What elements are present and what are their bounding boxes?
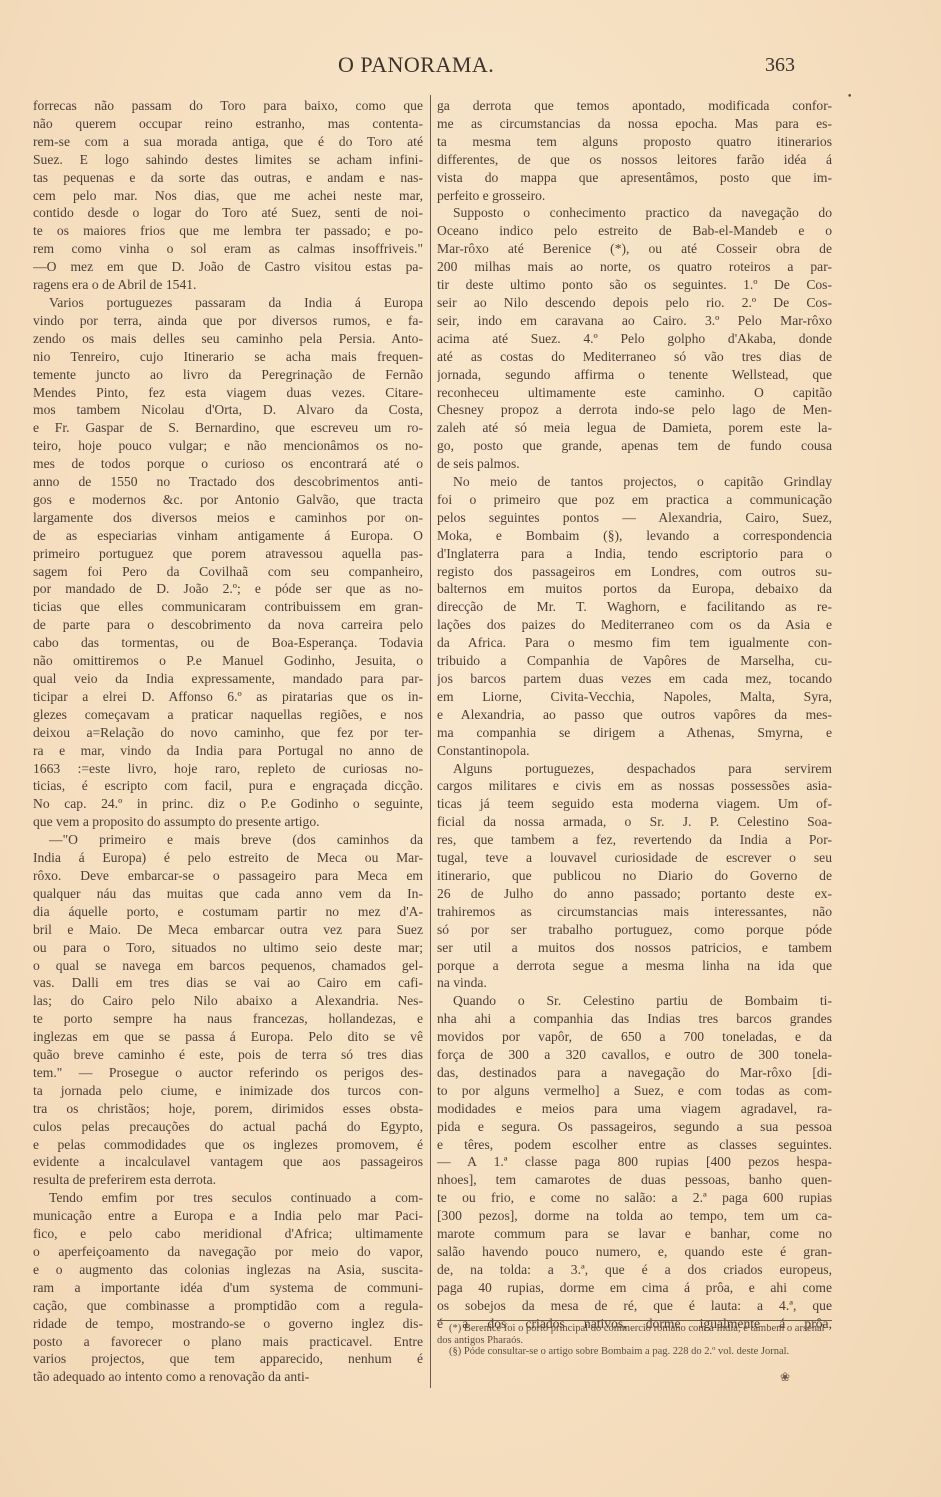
text-line: porque a derrota segue a mesma linha na … bbox=[437, 957, 832, 975]
text-line: largamente dos diversos meios e caminhos… bbox=[33, 509, 423, 527]
text-line: ragens era o de Abril de 1541. bbox=[33, 276, 423, 294]
text-line: 1663 :=este livro, hoje raro, repleto de… bbox=[33, 760, 423, 778]
text-line: te os maiores frios que me lembra ter pa… bbox=[33, 222, 423, 240]
text-line: tribuido a Companhia de Vapôres de Marse… bbox=[437, 652, 832, 670]
text-line: go, posto que grande, apenas tem de fund… bbox=[437, 437, 832, 455]
text-line: zaleh até só meia legua de Damieta, pore… bbox=[437, 419, 832, 437]
text-line: vindo por terra, ainda que por diversos … bbox=[33, 312, 423, 330]
text-line: Varios portuguezes passaram da India á E… bbox=[33, 294, 423, 312]
text-line: ticias que elles communicaram contribuis… bbox=[33, 598, 423, 616]
text-line: cem pelo mar. Nos dias, que me achei nes… bbox=[33, 187, 423, 205]
text-line: India á Europa) é pelo estreito de Meca … bbox=[33, 849, 423, 867]
text-line: o qual se navega em barcos pequenos, cha… bbox=[33, 957, 423, 975]
text-line: rem-se com a sua morada antiga, que é do… bbox=[33, 133, 423, 151]
footnote-divider bbox=[437, 1320, 832, 1321]
text-line: pelos seguintes pontos — Alexandria, Cai… bbox=[437, 509, 832, 527]
text-line: 26 de Julho do anno passado; portanto de… bbox=[437, 885, 832, 903]
text-line: culos pelas precauções do actual pachá d… bbox=[33, 1118, 423, 1136]
journal-title: O PANORAMA. bbox=[338, 52, 494, 78]
text-line: jos barcos partem duas vezes em cada mez… bbox=[437, 670, 832, 688]
text-line: Moka, e Bombaim (§), levando a correspon… bbox=[437, 527, 832, 545]
text-line: de, na tolda: a 3.ª, que é a dos criados… bbox=[437, 1261, 832, 1279]
text-line: ou para o Toro, situados no ultimo seio … bbox=[33, 939, 423, 957]
text-line: Mendes Pinto, fez esta viagem duas vezes… bbox=[33, 384, 423, 402]
text-line: não omittiremos o P.e Manuel Godinho, Je… bbox=[33, 652, 423, 670]
text-line: sagem foi Pero da Covilhaã com seu compa… bbox=[33, 563, 423, 581]
text-line: qual veio da India expressamente, mandad… bbox=[33, 670, 423, 688]
text-line: tas pequenas e da sorte das outras, e an… bbox=[33, 169, 423, 187]
text-line: nio Tenreiro, cujo Itinerario se acha ma… bbox=[33, 348, 423, 366]
text-line: os sobejos da mesa de ré, que é lauta: a… bbox=[437, 1297, 832, 1315]
text-line: [300 pezos], dorme na tolda ao tempo, te… bbox=[437, 1207, 832, 1225]
text-line: cargos militares e civis em as nossas po… bbox=[437, 777, 832, 795]
text-line: ra e mar, vindo da India para Portugal n… bbox=[33, 742, 423, 760]
text-line: lações dos paizes do Mediterraneo com os… bbox=[437, 616, 832, 634]
text-line: resulta de preferirem esta derrota. bbox=[33, 1171, 423, 1189]
text-line: evidente a incalculavel vantagem que aos… bbox=[33, 1153, 423, 1171]
text-line: — A 1.ª classe paga 800 rupias [400 pezo… bbox=[437, 1153, 832, 1171]
text-line: pida e segura. Os passageiros, segundo a… bbox=[437, 1118, 832, 1136]
text-line: não querem occupar reino estranho, mas c… bbox=[33, 115, 423, 133]
text-line: seir, indo em caravana ao Cairo. 3.º Pel… bbox=[437, 312, 832, 330]
text-line: ram a importante idéa d'um systema de co… bbox=[33, 1279, 423, 1297]
text-line: me as circumstancias da nossa epocha. Ma… bbox=[437, 115, 832, 133]
text-line: trahiremos as circumstancias mais intere… bbox=[437, 903, 832, 921]
text-line: res, que tambem a fez, revertendo da Ind… bbox=[437, 831, 832, 849]
text-line: ta mesma tem alguns proposto quatro itin… bbox=[437, 133, 832, 151]
text-line: contido desde o logar do Toro até Suez, … bbox=[33, 204, 423, 222]
text-line: perfeito e grosseiro. bbox=[437, 187, 832, 205]
footnotes: (*) Berenice foi o porto principal do co… bbox=[437, 1323, 832, 1358]
text-line: da Africa. Para o mesmo fim tem igualmen… bbox=[437, 634, 832, 652]
text-line: Supposto o conhecimento practico da nave… bbox=[437, 204, 832, 222]
text-line: seir ao Nilo descendo depois pelo rio. 2… bbox=[437, 294, 832, 312]
text-line: differentes, de que os nossos leitores f… bbox=[437, 151, 832, 169]
text-line: primeiro portuguez que porem atravessou … bbox=[33, 545, 423, 563]
text-line: Chesney propoz a derrota indo-se pelo la… bbox=[437, 401, 832, 419]
text-line: gos e modernos &c. por Antonio Galvão, q… bbox=[33, 491, 423, 509]
text-line: em Liorne, Civita-Vecchia, Napoles, Malt… bbox=[437, 688, 832, 706]
text-line: to por alguns vermelho] a Suez, e com to… bbox=[437, 1082, 832, 1100]
text-line: só por ser trabalho portuguez, como porq… bbox=[437, 921, 832, 939]
text-line: bril e Maio. De Meca embarcar outra vez … bbox=[33, 921, 423, 939]
text-line: No cap. 24.º in princ. diz o P.e Godinho… bbox=[33, 795, 423, 813]
text-line: 200 milhas mais ao norte, os quatro rote… bbox=[437, 258, 832, 276]
text-line: Alguns portuguezes, despachados para ser… bbox=[437, 760, 832, 778]
ornament-icon: ❀ bbox=[780, 1370, 790, 1384]
text-line: —"O primeiro e mais breve (dos caminhos … bbox=[33, 831, 423, 849]
text-line: tem." — Prosegue o auctor referindo os p… bbox=[33, 1064, 423, 1082]
text-line: Constantinopola. bbox=[437, 742, 832, 760]
text-line: —O mez em que D. João de Castro visitou … bbox=[33, 258, 423, 276]
text-line: zendo os mais delles seu caminho pela Pe… bbox=[33, 330, 423, 348]
text-line: ticipar a elrei D. Affonso 6.º as pirata… bbox=[33, 688, 423, 706]
text-line: ridade de tempo, mostrando-se o governo … bbox=[33, 1315, 423, 1333]
text-line: de as especiarias vinham antigamente á E… bbox=[33, 527, 423, 545]
text-line: tugal, teve a louvavel curiosidade de es… bbox=[437, 849, 832, 867]
page-header: O PANORAMA. 363 bbox=[0, 52, 941, 82]
text-line: balternos em muitos portos da Europa, de… bbox=[437, 580, 832, 598]
text-line: e o augmento das colonias inglezas na As… bbox=[33, 1261, 423, 1279]
text-line: ta jornada pelo ciume, e inimizade dos t… bbox=[33, 1082, 423, 1100]
text-line: itinerario, que publicou no Diario do Go… bbox=[437, 867, 832, 885]
page-number: 363 bbox=[765, 54, 795, 77]
text-line: quão breve caminho é este, pois de terra… bbox=[33, 1046, 423, 1064]
footnote-bombaim: (§) Póde consultar-se o artigo sobre Bom… bbox=[437, 1346, 832, 1358]
text-line: jornada, segundo affirma o tenente Wells… bbox=[437, 366, 832, 384]
text-line: rôxo. Deve embarcar-se o passageiro para… bbox=[33, 867, 423, 885]
text-line: posto a favorecer o plano mais practicav… bbox=[33, 1333, 423, 1351]
text-line: por mandado de D. João 2.º; e póde ser q… bbox=[33, 580, 423, 598]
text-line: Mar-rôxo até Berenice (*), ou até Cossei… bbox=[437, 240, 832, 258]
text-line: Tendo emfim por tres seculos continuado … bbox=[33, 1189, 423, 1207]
text-line: Suez. E logo sahindo destes limites se a… bbox=[33, 151, 423, 169]
text-line: las; do Cairo pelo Nilo abaixo a Alexand… bbox=[33, 992, 423, 1010]
text-line: foi o primeiro que poz em practica a com… bbox=[437, 491, 832, 509]
text-line: cabo das tormentas, ou de Boa-Esperança.… bbox=[33, 634, 423, 652]
text-line: Quando o Sr. Celestino partiu de Bombaim… bbox=[437, 992, 832, 1010]
column-divider bbox=[430, 95, 431, 1388]
text-line: de parte para o descobrimento da nova ca… bbox=[33, 616, 423, 634]
text-line: te ou frio, e come no salão: a 2.ª paga … bbox=[437, 1189, 832, 1207]
text-line: Oceano indico pelo estreito de Bab-el-Ma… bbox=[437, 222, 832, 240]
text-line: tir deste ultimo ponto são os seguintes.… bbox=[437, 276, 832, 294]
text-line: nhoes], tem camarotes de duas pessoas, b… bbox=[437, 1171, 832, 1189]
text-line: tão adequado ao intento como a renovação… bbox=[33, 1368, 423, 1386]
text-line: deixou a=Relação do novo caminho, que fe… bbox=[33, 724, 423, 742]
text-line: ga derrota que temos apontado, modificad… bbox=[437, 97, 832, 115]
text-line: ser util a muitos dos nossos patricios, … bbox=[437, 939, 832, 957]
text-line: inglezas em que se passa á Europa. Pelo … bbox=[33, 1028, 423, 1046]
text-line: e têres, podem escolher entre as classes… bbox=[437, 1136, 832, 1154]
text-line: te porto sempre ha naus francezas, holla… bbox=[33, 1010, 423, 1028]
text-line: modidades e meios para uma viagem agrada… bbox=[437, 1100, 832, 1118]
text-line: acima até Suez. 4.º Pelo golpho d'Akaba,… bbox=[437, 330, 832, 348]
text-line: No meio de tantos projectos, o capitão G… bbox=[437, 473, 832, 491]
text-line: cação, que combinasse a promptidão com a… bbox=[33, 1297, 423, 1315]
text-line: e Fr. Gaspar de S. Bernardino, que escre… bbox=[33, 419, 423, 437]
text-line: varios projectos, que tem apparecido, ne… bbox=[33, 1350, 423, 1368]
text-line: ticas já teem seguido esta moderna viage… bbox=[437, 795, 832, 813]
text-line: das, destinados para a navegação do Mar-… bbox=[437, 1064, 832, 1082]
ink-speck: • bbox=[847, 92, 852, 102]
text-line: registo dos passageiros em Londres, com … bbox=[437, 563, 832, 581]
text-line: ficial da nossa armada, o Sr. J. P. Cele… bbox=[437, 813, 832, 831]
text-line: salão havendo pouco numero, e, quando es… bbox=[437, 1243, 832, 1261]
text-line: movidos por vapôr, de 650 a 700 tonelada… bbox=[437, 1028, 832, 1046]
text-line: força de 300 a 320 cavallos, e outro de … bbox=[437, 1046, 832, 1064]
right-column: ga derrota que temos apontado, modificad… bbox=[437, 97, 832, 1333]
text-line: forrecas não passam do Toro para baixo, … bbox=[33, 97, 423, 115]
text-line: o aperfeiçoamento da navegação por meio … bbox=[33, 1243, 423, 1261]
text-line: mes de todos porque o curioso os encontr… bbox=[33, 455, 423, 473]
text-line: nha ahi a companhia das Indias tres barc… bbox=[437, 1010, 832, 1028]
text-line: d'Inglaterra para a India, tendo escript… bbox=[437, 545, 832, 563]
text-line: tra os christãos; hoje, porem, dirimidos… bbox=[33, 1100, 423, 1118]
text-line: qualquer náu das muitas que cada anno ve… bbox=[33, 885, 423, 903]
text-line: glezes começavam a praticar naquellas re… bbox=[33, 706, 423, 724]
text-line: na vinda. bbox=[437, 974, 832, 992]
text-line: anno de 1550 no Tractado dos descobrimen… bbox=[33, 473, 423, 491]
footnote-berenice: (*) Berenice foi o porto principal do co… bbox=[437, 1323, 832, 1346]
left-column: forrecas não passam do Toro para baixo, … bbox=[33, 97, 423, 1386]
text-line: e Alexandria, ao passo que outros vapôre… bbox=[437, 706, 832, 724]
text-line: ticias, é escripto com facil, pura e eng… bbox=[33, 777, 423, 795]
text-line: de seis palmos. bbox=[437, 455, 832, 473]
text-line: que vem a proposito do assumpto do prese… bbox=[33, 813, 423, 831]
text-line: mos tambem Nicolau d'Orta, D. Alvaro da … bbox=[33, 401, 423, 419]
text-line: teiro, hoje pouco vulgar; e não mencionâ… bbox=[33, 437, 423, 455]
text-line: direcção de Mr. T. Waghorn, e facilitand… bbox=[437, 598, 832, 616]
text-line: ma companhia se dirigem a Athenas, Smyrn… bbox=[437, 724, 832, 742]
text-line: marote commum para se lavar e banhar, co… bbox=[437, 1225, 832, 1243]
text-line: vista do mappa que apresentâmos, posto q… bbox=[437, 169, 832, 187]
text-line: fico, e pelo cabo meridional d'Africa; u… bbox=[33, 1225, 423, 1243]
text-line: rem como vinha o sol eram as calmas inso… bbox=[33, 240, 423, 258]
text-line: reconheceu ultimamente este caminho. O c… bbox=[437, 384, 832, 402]
text-line: municação entre a Europa e a India pelo … bbox=[33, 1207, 423, 1225]
text-line: paga 40 rupias, dorme em cima á prôa, e … bbox=[437, 1279, 832, 1297]
text-line: dia áquelle porto, e costumam partir no … bbox=[33, 903, 423, 921]
text-line: vas. Dalli em tres dias se vai ao Cairo … bbox=[33, 974, 423, 992]
text-line: e pelas commodidades que os inglezes pro… bbox=[33, 1136, 423, 1154]
text-line: até as costas do Mediterraneo só vão tre… bbox=[437, 348, 832, 366]
text-line: temente juncto ao livro da Peregrinação … bbox=[33, 366, 423, 384]
